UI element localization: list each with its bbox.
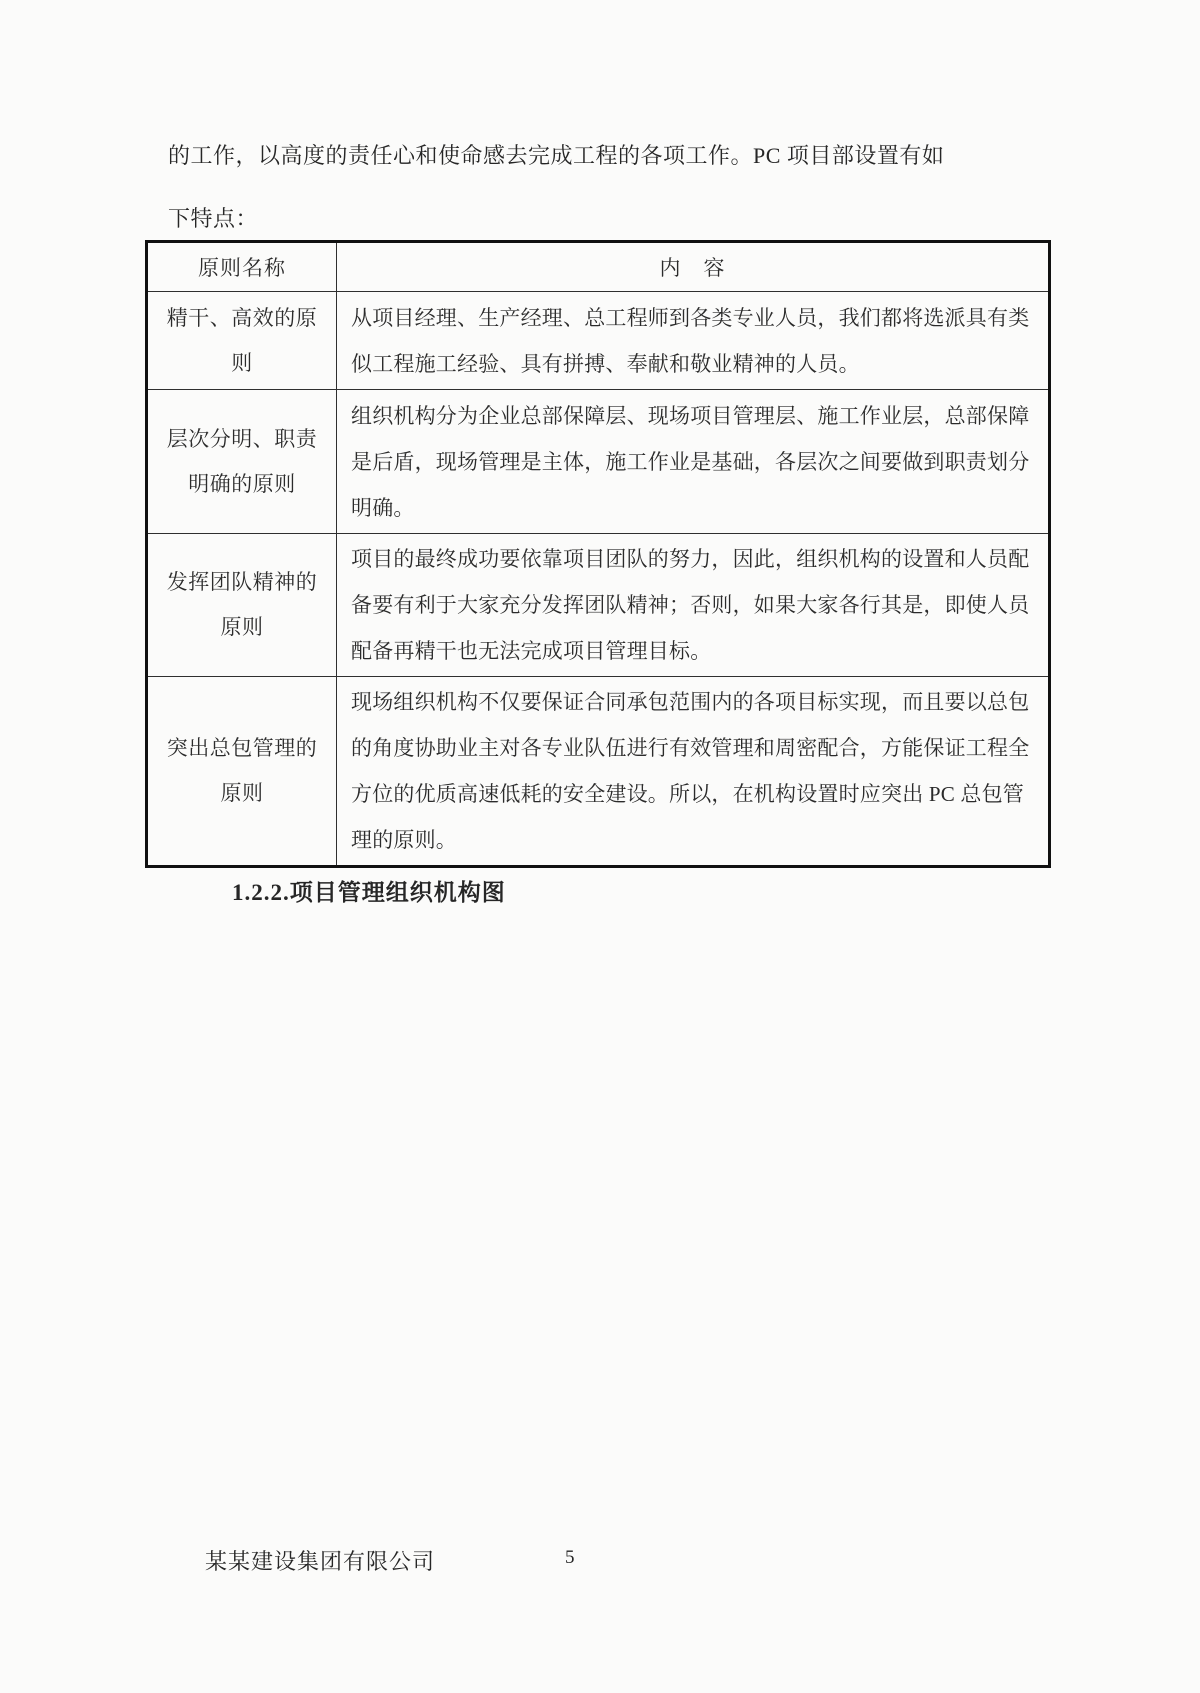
principle-name-cell: 突出总包管理的原则: [147, 677, 337, 867]
intro-paragraph: 的工作，以高度的责任心和使命感去完成工程的各项工作。PC 项目部设置有如 下特点…: [168, 124, 1028, 250]
column-header-principle-name: 原则名称: [147, 242, 337, 292]
table-row: 层次分明、职责明确的原则 组织机构分为企业总部保障层、现场项目管理层、施工作业层…: [147, 390, 1050, 534]
document-page: 的工作，以高度的责任心和使命感去完成工程的各项工作。PC 项目部设置有如 下特点…: [0, 0, 1200, 1693]
principle-name-cell: 发挥团队精神的原则: [147, 534, 337, 677]
principle-name-cell: 层次分明、职责明确的原则: [147, 390, 337, 534]
principle-name-cell: 精干、高效的原则: [147, 292, 337, 390]
footer-company: 某某建设集团有限公司: [205, 1545, 435, 1576]
column-header-content: 内 容: [337, 242, 1050, 292]
table-row: 精干、高效的原则 从项目经理、生产经理、总工程师到各类专业人员，我们都将选派具有…: [147, 292, 1050, 390]
principle-content-cell: 项目的最终成功要依靠项目团队的努力，因此，组织机构的设置和人员配备要有利于大家充…: [337, 534, 1050, 677]
principle-content-cell: 从项目经理、生产经理、总工程师到各类专业人员，我们都将选派具有类似工程施工经验、…: [337, 292, 1050, 390]
intro-line-1: 的工作，以高度的责任心和使命感去完成工程的各项工作。PC 项目部设置有如: [168, 124, 1028, 187]
table-row: 发挥团队精神的原则 项目的最终成功要依靠项目团队的努力，因此，组织机构的设置和人…: [147, 534, 1050, 677]
section-heading: 1.2.2.项目管理组织机构图: [232, 874, 506, 907]
table-row: 突出总包管理的原则 现场组织机构不仅要保证合同承包范围内的各项目标实现，而且要以…: [147, 677, 1050, 867]
principle-content-cell: 组织机构分为企业总部保障层、现场项目管理层、施工作业层，总部保障是后盾，现场管理…: [337, 390, 1050, 534]
principles-table: 原则名称 内 容 精干、高效的原则 从项目经理、生产经理、总工程师到各类专业人员…: [145, 240, 1051, 868]
principle-content-cell: 现场组织机构不仅要保证合同承包范围内的各项目标实现，而且要以总包的角度协助业主对…: [337, 677, 1050, 867]
table-header-row: 原则名称 内 容: [147, 242, 1050, 292]
footer-page-number: 5: [565, 1547, 575, 1569]
